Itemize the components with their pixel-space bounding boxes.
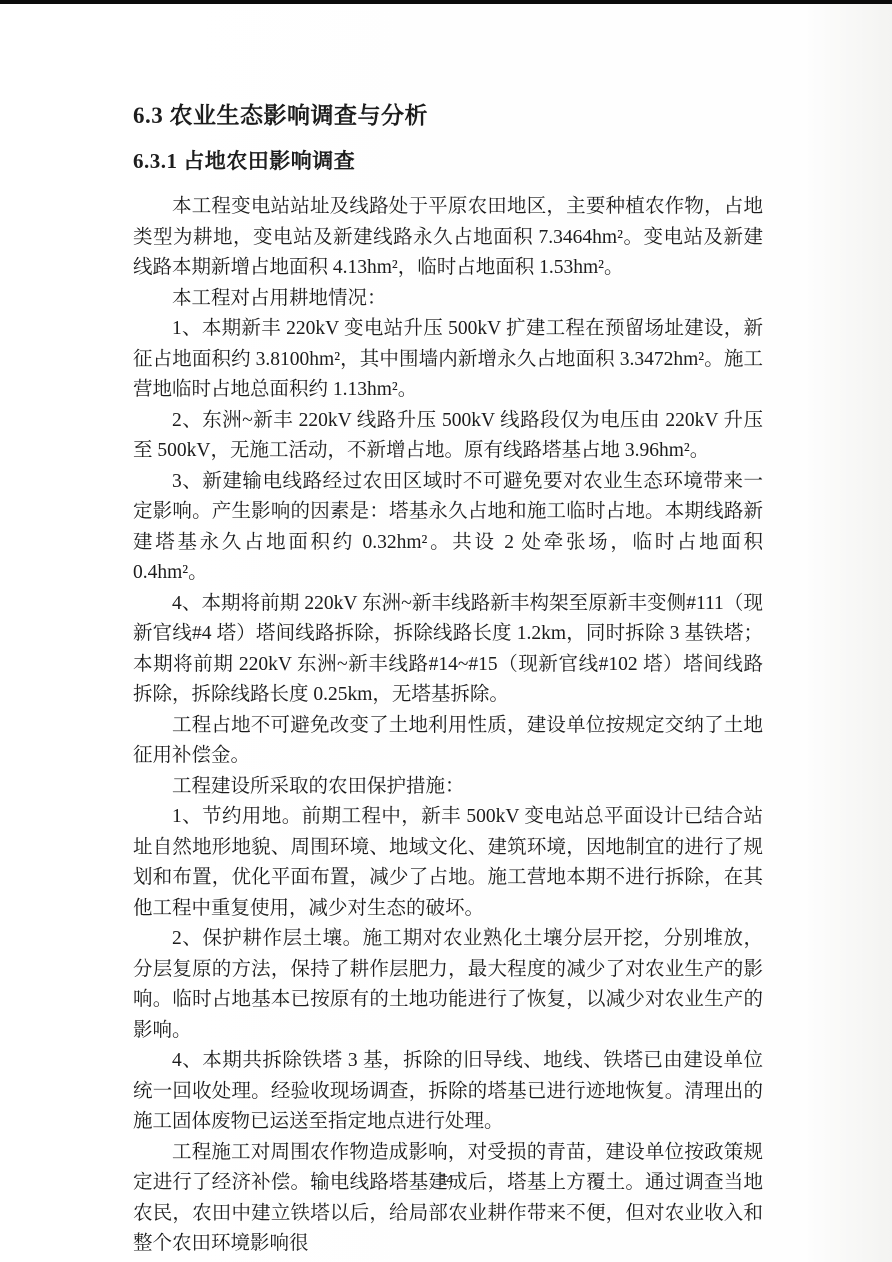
- page-number: 54: [0, 1172, 892, 1187]
- paragraph: 工程建设所采取的农田保护措施：: [133, 772, 763, 803]
- paragraph: 工程占地不可避免改变了土地利用性质，建设单位按规定交纳了土地征用补偿金。: [133, 711, 763, 772]
- paragraph: 1、节约用地。前期工程中，新丰 500kV 变电站总平面设计已结合站址自然地形地…: [133, 802, 763, 924]
- paragraph: 2、保护耕作层土壤。施工期对农业熟化土壤分层开挖，分别堆放，分层复原的方法，保持…: [133, 924, 763, 1046]
- paragraph: 4、本期将前期 220kV 东洲~新丰线路新丰构架至原新丰变侧#111（现新官线…: [133, 589, 763, 711]
- paragraph: 3、新建输电线路经过农田区域时不可避免要对农业生态环境带来一定影响。产生影响的因…: [133, 467, 763, 589]
- paragraph: 2、东洲~新丰 220kV 线路升压 500kV 线路段仅为电压由 220kV …: [133, 406, 763, 467]
- scan-edge-bar: [0, 0, 892, 4]
- paragraph: 工程施工对周围农作物造成影响，对受损的青苗，建设单位按政策规定进行了经济补偿。输…: [133, 1138, 763, 1260]
- section-heading: 6.3 农业生态影响调查与分析: [133, 100, 763, 132]
- paragraph-container: 本工程变电站站址及线路处于平原农田地区，主要种植农作物，占地类型为耕地，变电站及…: [133, 192, 763, 1260]
- document-content: 6.3 农业生态影响调查与分析 6.3.1 占地农田影响调查 本工程变电站站址及…: [133, 100, 763, 1260]
- paragraph: 4、本期共拆除铁塔 3 基，拆除的旧导线、地线、铁塔已由建设单位统一回收处理。经…: [133, 1046, 763, 1138]
- paragraph: 1、本期新丰 220kV 变电站升压 500kV 扩建工程在预留场址建设，新征占…: [133, 314, 763, 406]
- paragraph: 本工程变电站站址及线路处于平原农田地区，主要种植农作物，占地类型为耕地，变电站及…: [133, 192, 763, 284]
- subsection-heading: 6.3.1 占地农田影响调查: [133, 146, 763, 176]
- paragraph: 本工程对占用耕地情况：: [133, 284, 763, 315]
